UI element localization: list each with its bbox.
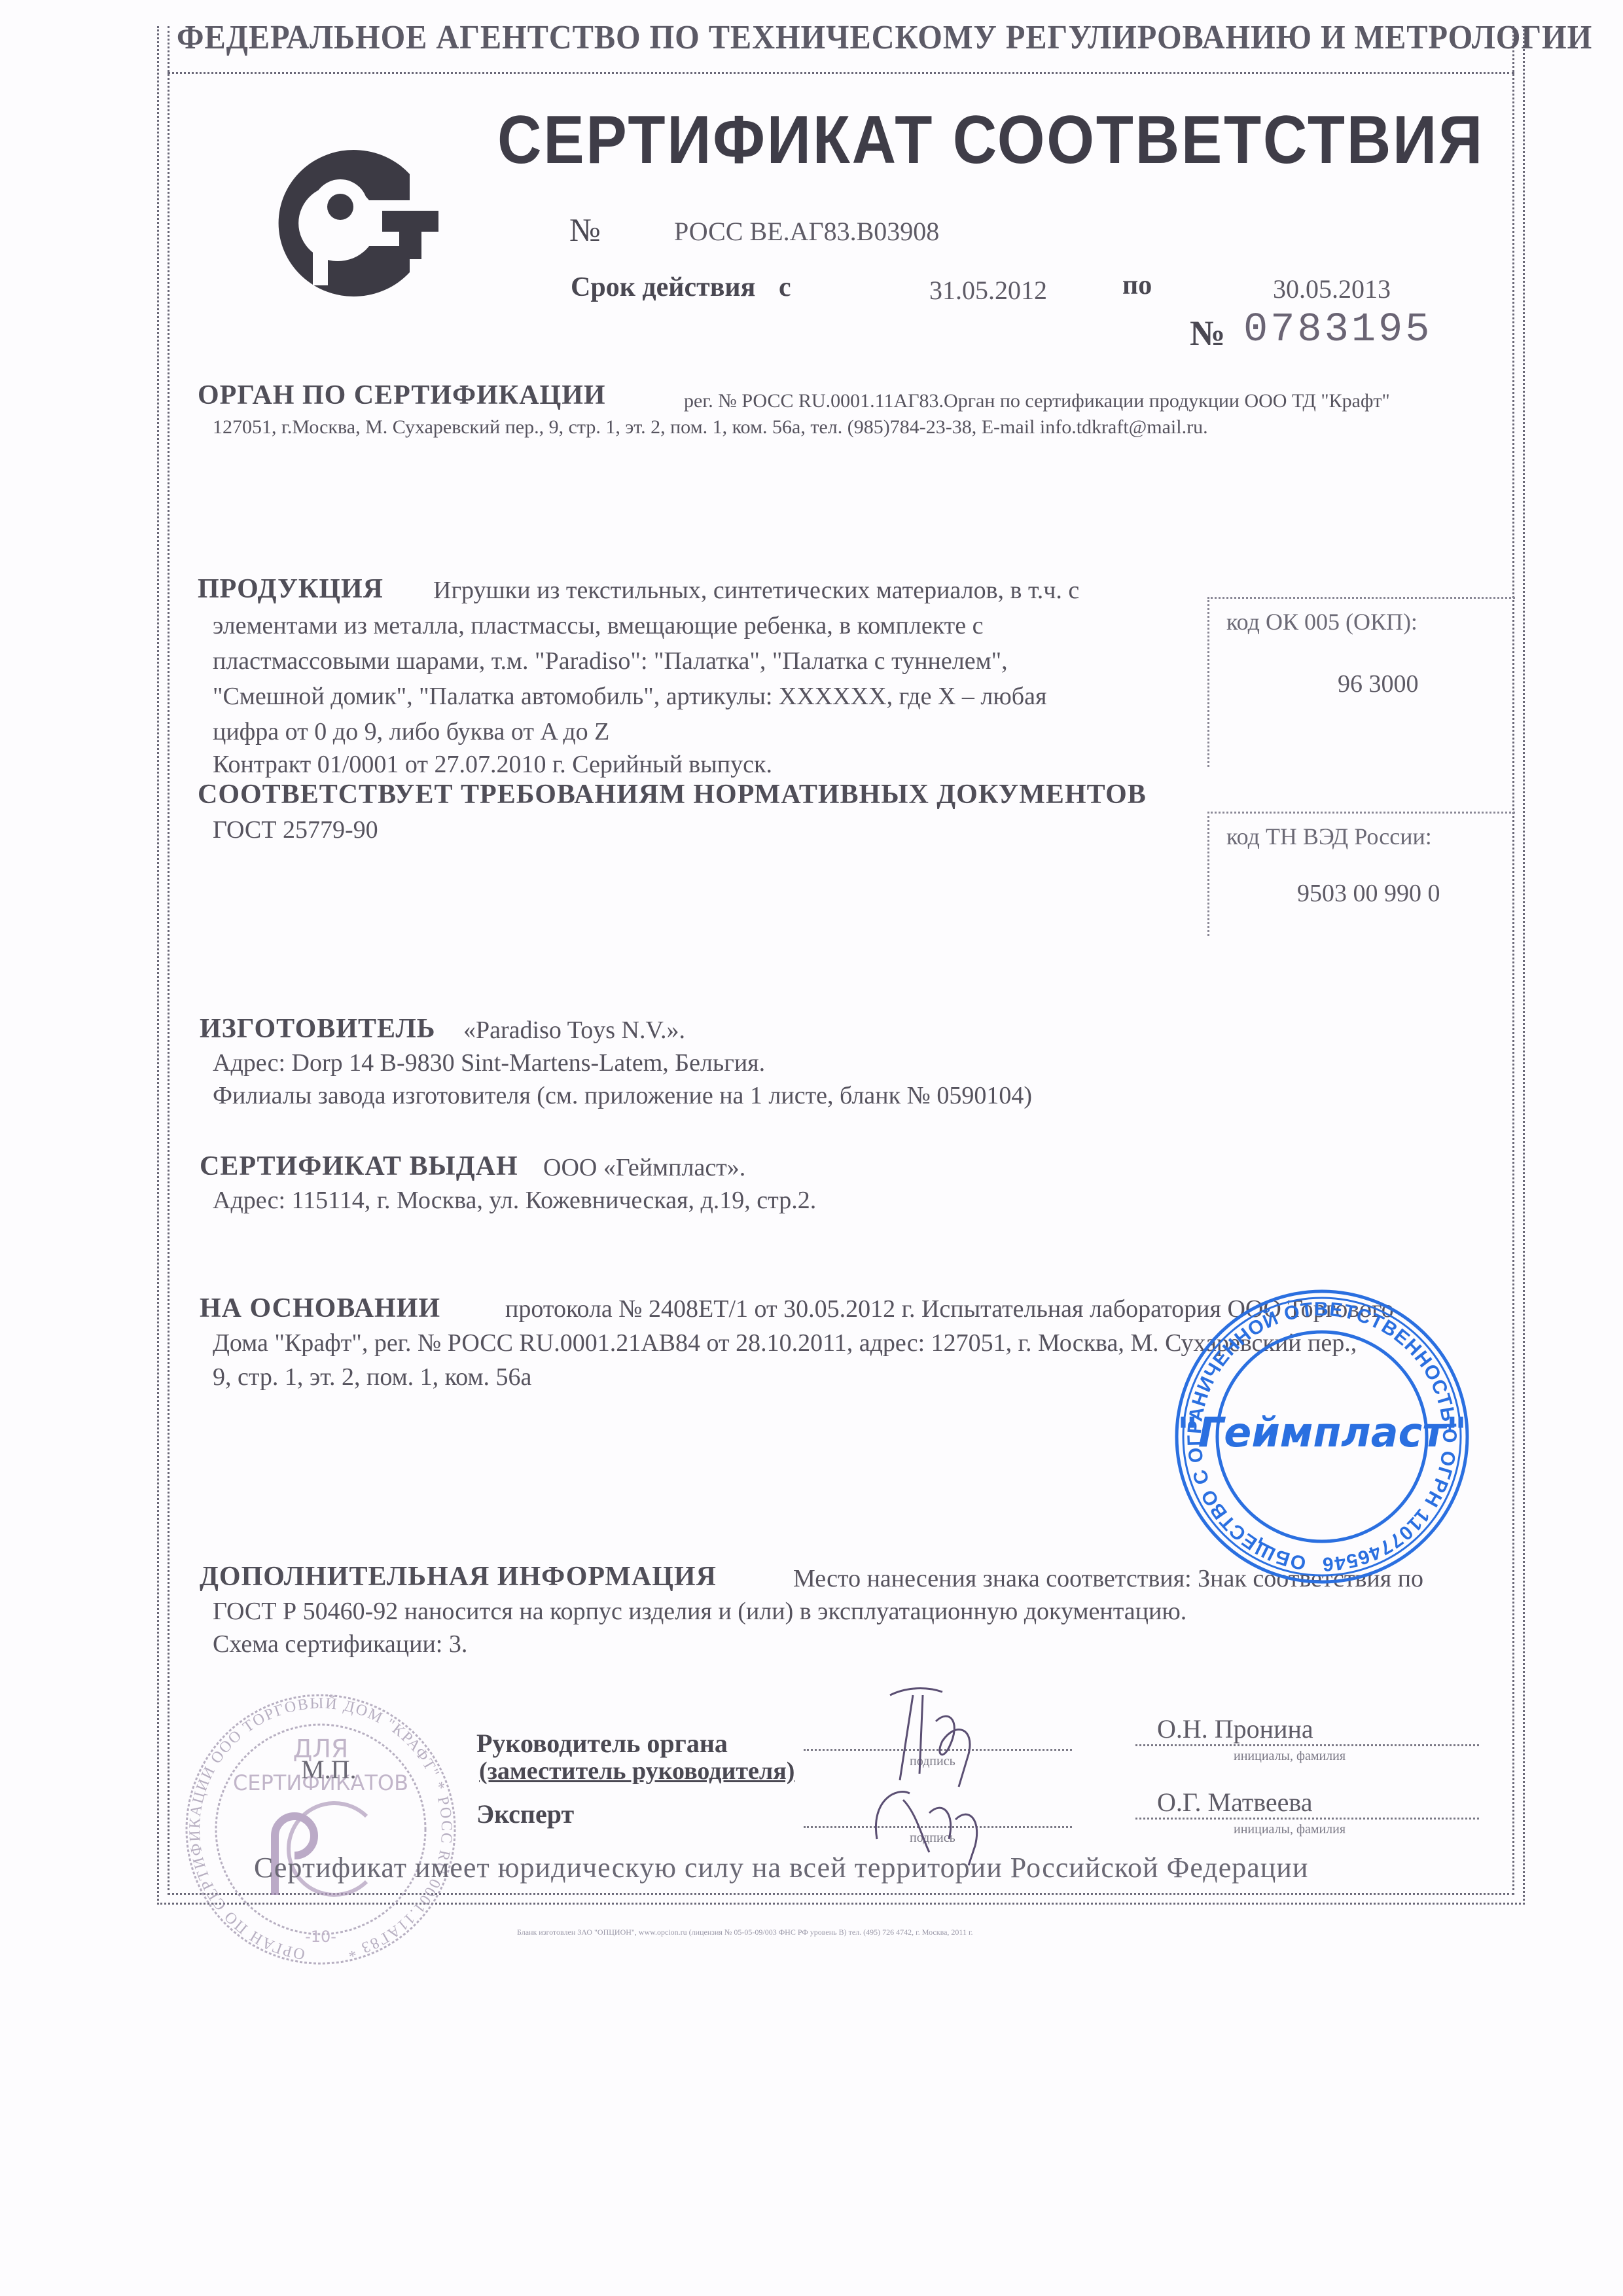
product-label: ПРОДУКЦИЯ — [198, 573, 383, 605]
mp-label: М.П. — [301, 1754, 356, 1785]
product-line-6: Контракт 01/0001 от 27.07.2010 г. Серийн… — [213, 750, 772, 779]
head-name: О.Н. Пронина — [1157, 1713, 1313, 1744]
basis-label: НА ОСНОВАНИИ — [200, 1293, 440, 1324]
form-serial-number: 0783195 — [1243, 306, 1432, 353]
okp-code-value: 96 3000 — [1338, 670, 1419, 698]
okp-code-label: код ОК 005 (ОКП): — [1226, 608, 1418, 636]
head-name-line — [1135, 1744, 1479, 1746]
product-line-4: "Смешной домик", "Палатка автомобиль", а… — [213, 682, 1046, 711]
okp-code-box: код ОК 005 (ОКП): 96 3000 — [1207, 597, 1515, 767]
product-line-3: пластмассовыми шарами, т.м. "Paradiso": … — [213, 647, 1008, 675]
validity-label: Срок действия — [571, 272, 755, 303]
expert-label: Эксперт — [476, 1799, 574, 1829]
product-line-5: цифра от 0 до 9, либо буква от A до Z — [213, 717, 609, 746]
basis-line-3: 9, стр. 1, эт. 2, пом. 1, ком. 56а — [213, 1363, 531, 1391]
issued-to-label: СЕРТИФИКАТ ВЫДАН — [200, 1151, 518, 1182]
tnved-code-box: код ТН ВЭД России: 9503 00 990 0 — [1207, 812, 1515, 936]
certification-body-seal-icon: ОРГАН ПО СЕРТИФИКАЦИИ ООО ТОРГОВЫЙ ДОМ "… — [177, 1685, 465, 1973]
handwritten-signatures-icon — [851, 1682, 1047, 1872]
certificate-number: РОСС BE.АГ83.В03908 — [674, 216, 939, 247]
svg-text:"Геймпласт": "Геймпласт" — [1177, 1408, 1467, 1456]
number-sign: № — [569, 211, 601, 249]
additional-line-2: ГОСТ Р 50460-92 наносится на корпус изде… — [213, 1597, 1186, 1626]
validity-to-label: по — [1122, 270, 1152, 301]
product-line-1: Игрушки из текстильных, синтетических ма… — [433, 576, 1079, 605]
head-label: Руководитель органа — [476, 1728, 728, 1759]
additional-info-label: ДОПОЛНИТЕЛЬНАЯ ИНФОРМАЦИЯ — [200, 1561, 717, 1592]
standard-value: ГОСТ 25779-90 — [213, 816, 378, 844]
conformity-label: СООТВЕТСТВУЕТ ТРЕБОВАНИЯМ НОРМАТИВНЫХ ДО… — [198, 779, 1147, 810]
manufacturer-address: Адрес: Dorp 14 B-9830 Sint-Martens-Latem… — [213, 1049, 765, 1077]
tnved-code-label: код ТН ВЭД России: — [1226, 823, 1432, 850]
manufacturer-branches: Филиалы завода изготовителя (см. приложе… — [213, 1081, 1032, 1110]
head-initials-caption: инициалы, фамилия — [1234, 1749, 1346, 1764]
deputy-label: (заместитель руководителя) — [479, 1757, 794, 1785]
rst-logo-icon — [259, 148, 440, 298]
expert-name-line — [1135, 1818, 1479, 1820]
header-separator — [168, 72, 1514, 74]
certification-body-label: ОРГАН ПО СЕРТИФИКАЦИИ — [198, 380, 606, 411]
validity-to-date: 30.05.2013 — [1273, 274, 1391, 304]
validity-from-label: с — [779, 272, 791, 303]
tnved-code-value: 9503 00 990 0 — [1297, 879, 1440, 908]
manufacturer-name: «Paradiso Toys N.V.». — [463, 1016, 685, 1045]
document-title: СЕРТИФИКАТ СООТВЕТСТВИЯ — [497, 101, 1484, 179]
agency-name: ФЕДЕРАЛЬНОЕ АГЕНТСТВО ПО ТЕХНИЧЕСКОМУ РЕ… — [177, 18, 1418, 57]
svg-text:-10-: -10- — [305, 1928, 336, 1946]
manufacturer-label: ИЗГОТОВИТЕЛЬ — [200, 1013, 436, 1045]
certification-body-line1: рег. № РОСС RU.0001.11АГ83.Орган по серт… — [684, 390, 1390, 412]
printer-note: Бланк изготовлен ЗАО "ОПЦИОН", www.opcio… — [517, 1928, 973, 1937]
legal-validity-note: Сертификат имеет юридическую силу на все… — [254, 1851, 1308, 1884]
form-number-sign: № — [1190, 313, 1225, 353]
validity-from-date: 31.05.2012 — [929, 275, 1047, 306]
product-line-2: элементами из металла, пластмассы, вмеща… — [213, 611, 984, 640]
issued-to-address: Адрес: 115114, г. Москва, ул. Кожевничес… — [213, 1186, 816, 1215]
company-seal-icon: ОБЩЕСТВО С ОГРАНИЧЕННОЙ ОТВЕТСТВЕННОСТЬЮ… — [1145, 1283, 1499, 1590]
expert-initials-caption: инициалы, фамилия — [1234, 1822, 1346, 1837]
additional-line-3: Схема сертификации: 3. — [213, 1630, 467, 1659]
certification-body-line2: 127051, г.Москва, М. Сухаревский пер., 9… — [213, 416, 1208, 439]
expert-name: О.Г. Матвеева — [1157, 1787, 1313, 1818]
issued-to-name: ООО «Геймпласт». — [543, 1153, 745, 1182]
